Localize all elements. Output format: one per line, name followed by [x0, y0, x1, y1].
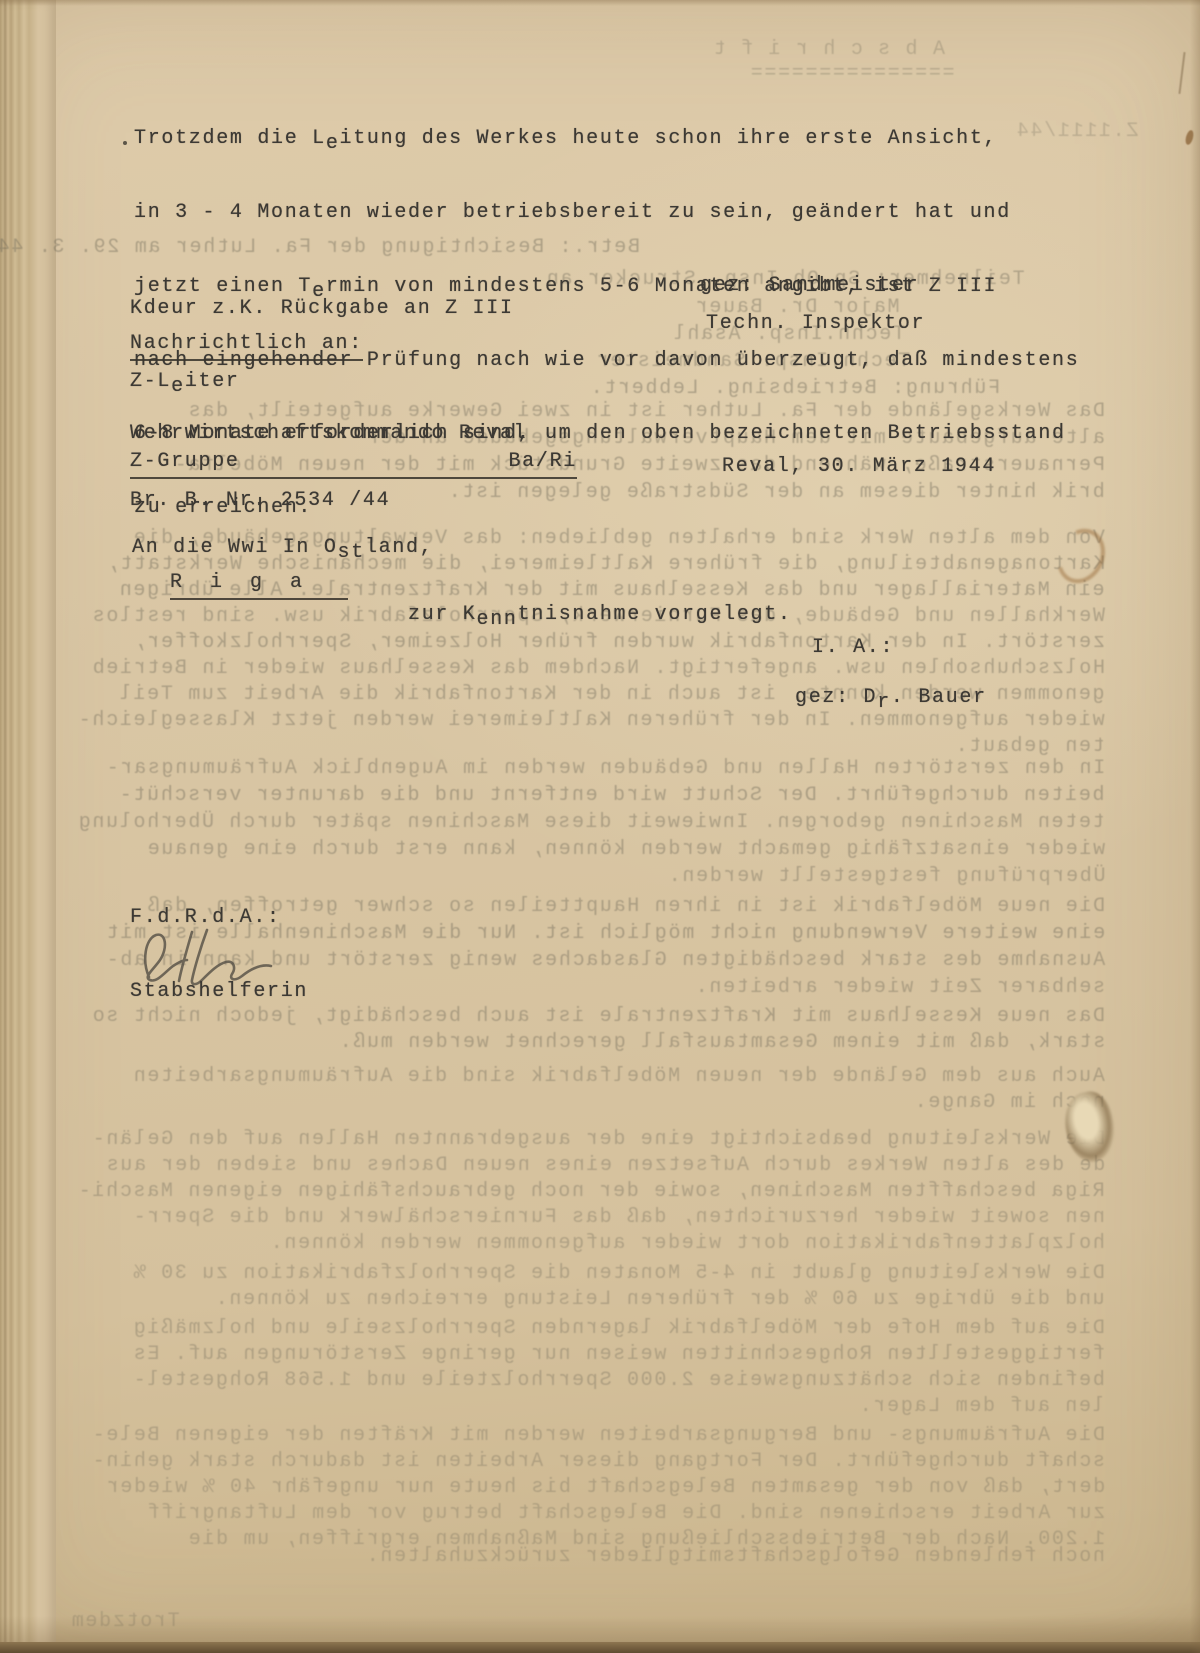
bleedthrough-line: zur Arbeit erschienen sind. Die Belegsch… [146, 1502, 1105, 1526]
letterhead-initials: Ba/Ri [508, 450, 577, 474]
bleedthrough-line: de des alten Werkes durch Aufsetzen eine… [105, 1154, 1105, 1178]
paragraph-line: Trotzdem die Leitung des Werkes heute sc… [134, 127, 1079, 152]
bleedthrough-line: fertiggestellten Rohgeschnitten weisen n… [132, 1343, 1105, 1367]
bleedthrough-line: Auch aus dem Gelände der neuen Möbelfabr… [132, 1065, 1105, 1089]
bleedthrough-line: Holzschuhsohlen usw. angefertigt. Nachde… [91, 657, 1105, 681]
routing-kdeur: Kdeur z.K. Rückgabe an Z III [130, 297, 514, 321]
bleedthrough-line: nen soweit wieder herzurichten, daß das … [132, 1206, 1105, 1230]
signed-by-title: Techn. Inspektor [706, 312, 925, 336]
page-right-edge [1190, 0, 1200, 1653]
bleedthrough-line: Überprüfung festgestellt werden. [667, 865, 1105, 889]
file-number: Br. B. Nr. 2534 /44 [130, 489, 390, 513]
address-city: R i g a [170, 571, 348, 600]
bleedthrough-line: len auf dem Lager. [858, 1395, 1105, 1419]
bleedthrough-line: In den zerstörten Hallen und Gebäuden we… [105, 757, 1105, 781]
bleedthrough-line: stark, daß mit einem Gesamtausfall gerec… [338, 1031, 1105, 1055]
bottom-shading [0, 1616, 1200, 1642]
letterhead-group: Z-Gruppe [130, 450, 240, 474]
bleedthrough-line: Die Werksleitung beabsichtigt eine der a… [91, 1128, 1105, 1152]
address-note: zur Kenntnisnahme vorgelegt. [408, 603, 792, 627]
document-page: A b s c h r i f t===============Z.1111/4… [0, 0, 1200, 1653]
page-bottom-edge [0, 1642, 1200, 1653]
certifier-role: Stabshelferin [130, 980, 308, 1004]
bleedthrough-line: Die neue Möbelfabrik ist in ihren Hauptt… [146, 895, 1105, 919]
bleedthrough-line: Die auf dem Hofe der Möbelfabrik lagernd… [132, 1317, 1105, 1341]
bleedthrough-line: wieder aufgenommen. In der früheren Kalt… [77, 709, 1105, 733]
bleedthrough-line: holzplattenfabrikation dort wieder aufge… [269, 1232, 1105, 1256]
letterhead-group-row: Z-Gruppe Ba/Ri [130, 450, 577, 479]
bleedthrough-line: ten gebaut. [954, 735, 1105, 759]
signed-by-gez: gez: Sandmeister [700, 274, 919, 298]
bleedthrough-line: teten Maschinen geborgen. Inwieweit dies… [77, 811, 1105, 835]
bleedthrough-line: dert, daß von der gesamten Belegschaft b… [105, 1476, 1105, 1500]
bleedthrough-line: Riga beschafften Maschinen, sowie der no… [77, 1180, 1105, 1204]
bleedthrough-line: schaft durchgeführt. Der Fortgang dieser… [91, 1450, 1105, 1474]
bleedthrough-line: und die übrige zu 60 % der früheren Leis… [214, 1288, 1105, 1312]
bleedthrough-line: sehbarer Zeit wieder arbeiten. [694, 976, 1105, 1000]
bleedthrough-line: Die Aufräumungs- und Bergungsarbeiten we… [91, 1424, 1105, 1448]
im-auftrag: I. A.: [812, 636, 894, 660]
bleedthrough-line: zerstört. In der Kartonfabrik wurden frü… [132, 631, 1105, 655]
bleedthrough-line: beiten durchgeführt. Der Schutt wird ent… [118, 784, 1105, 808]
stray-ink-dot [123, 141, 127, 145]
place-date: Reval, 30. März 1944 [722, 455, 996, 479]
bleedthrough-line: A b s c h r i f t [712, 38, 945, 62]
bleedthrough-line: noch fehlenden Gefolgschaftsmitglieder z… [365, 1545, 1105, 1569]
bleedthrough-line: wieder einsatzfähig gemacht werden könne… [146, 838, 1105, 862]
routing-z-leiter: Z-Leiter [130, 370, 240, 394]
paragraph-line: jetzt einen Termin von mindestens 5-6 Mo… [134, 275, 1079, 300]
bleedthrough-line: Die Werksleitung glaubt in 4-5 Monaten d… [132, 1262, 1105, 1286]
letterhead-command: Wehrwirtschaftskommando Reval [130, 422, 527, 446]
paper-crease [1178, 52, 1185, 94]
paragraph-line: in 3 - 4 Monaten wieder betriebsbereit z… [134, 201, 1079, 226]
page-top-edge [0, 0, 1200, 6]
gez-dr-bauer: gez: Dr. Bauer [795, 686, 987, 710]
address-to: An die Wwi In Ostland, [132, 536, 433, 560]
bleedthrough-line: befinden sich schätzungsweise 2.000 Sper… [132, 1369, 1105, 1393]
bleedthrough-line: Das neue Kesselhaus mit Kraftzentrale is… [91, 1005, 1105, 1029]
routing-nachrichtlich: Nachrichtlich an: [130, 332, 363, 361]
